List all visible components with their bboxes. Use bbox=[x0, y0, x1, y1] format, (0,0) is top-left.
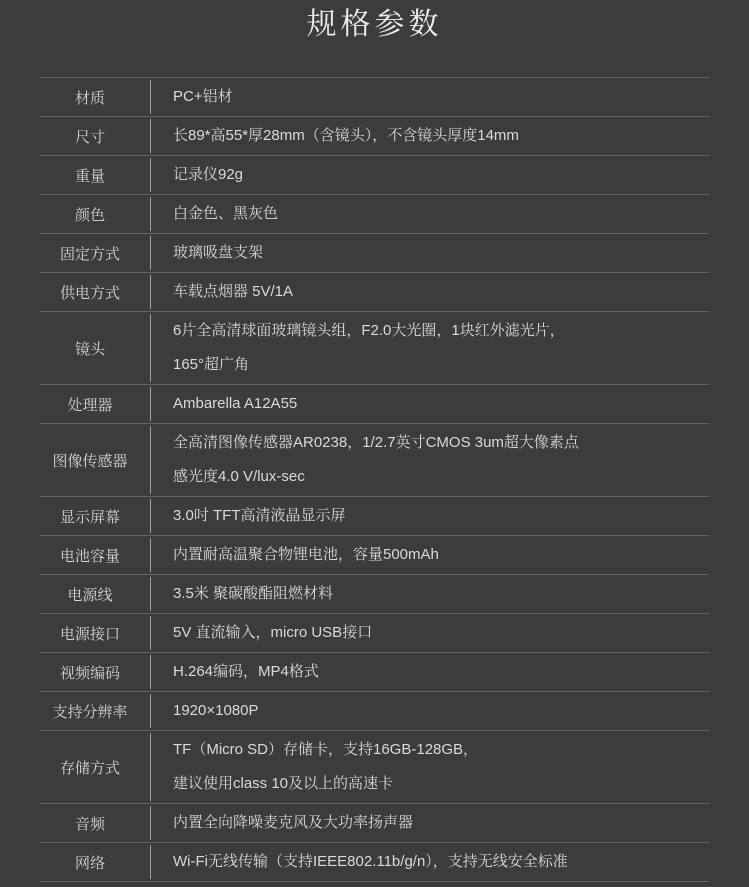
row-value: 5V 直流输入，micro USB接口 bbox=[150, 616, 709, 650]
value-line: 记录仪92g bbox=[173, 158, 699, 192]
row-label: 颜色 bbox=[40, 197, 150, 231]
row-label: 供电方式 bbox=[40, 275, 150, 309]
row-value: 全高清图像传感器AR0238，1/2.7英寸CMOS 3um超大像素点感光度4.… bbox=[150, 426, 709, 494]
value-line: TF（Micro SD）存储卡，支持16GB-128GB， bbox=[173, 733, 699, 767]
table-row: 颜色 白金色、黑灰色 bbox=[40, 194, 709, 233]
row-label: 网络 bbox=[40, 845, 150, 879]
row-value: TF（Micro SD）存储卡，支持16GB-128GB，建议使用class 1… bbox=[150, 733, 709, 801]
row-label: 镜头 bbox=[40, 314, 150, 382]
value-line: PC+铝材 bbox=[173, 80, 699, 114]
row-value: 车载点烟器 5V/1A bbox=[150, 275, 709, 309]
value-line: 1920×1080P bbox=[173, 694, 699, 728]
row-label: 重量 bbox=[40, 158, 150, 192]
row-value: 内置耐高温聚合物锂电池，容量500mAh bbox=[150, 538, 709, 572]
table-row: 图像传感器 全高清图像传感器AR0238，1/2.7英寸CMOS 3um超大像素… bbox=[40, 423, 709, 496]
table-row: 支持分辨率 1920×1080P bbox=[40, 691, 709, 730]
row-label: 电源接口 bbox=[40, 616, 150, 650]
value-line: 白金色、黑灰色 bbox=[173, 197, 699, 231]
row-value: 玻璃吸盘支架 bbox=[150, 236, 709, 270]
table-row: 电源线 3.5米 聚碳酸酯阻燃材料 bbox=[40, 574, 709, 613]
row-value: 3.5米 聚碳酸酯阻燃材料 bbox=[150, 577, 709, 611]
value-line: Wi-Fi无线传输（支持IEEE802.11b/g/n），支持无线安全标准 bbox=[173, 845, 699, 879]
value-line: 5V 直流输入，micro USB接口 bbox=[173, 616, 699, 650]
row-label: 尺寸 bbox=[40, 119, 150, 153]
value-line: 6片全高清球面玻璃镜头组，F2.0大光圈，1块红外滤光片， bbox=[173, 314, 699, 348]
table-row: 电源接口 5V 直流输入，micro USB接口 bbox=[40, 613, 709, 652]
value-line: 车载点烟器 5V/1A bbox=[173, 275, 699, 309]
row-value: 记录仪92g bbox=[150, 158, 709, 192]
value-line: 内置全向降噪麦克风及大功率扬声器 bbox=[173, 806, 699, 840]
value-line: 3.0吋 TFT高清液晶显示屏 bbox=[173, 499, 699, 533]
spec-table: 材质 PC+铝材 尺寸 长89*高55*厚28mm（含镜头），不含镜头厚度14m… bbox=[40, 77, 709, 882]
value-line: 内置耐高温聚合物锂电池，容量500mAh bbox=[173, 538, 699, 572]
table-row: 电池容量 内置耐高温聚合物锂电池，容量500mAh bbox=[40, 535, 709, 574]
value-line: 165°超广角 bbox=[173, 348, 699, 382]
value-line: 玻璃吸盘支架 bbox=[173, 236, 699, 270]
table-row: 视频编码 H.264编码，MP4格式 bbox=[40, 652, 709, 691]
value-line: 建议使用class 10及以上的高速卡 bbox=[173, 767, 699, 801]
row-value: PC+铝材 bbox=[150, 80, 709, 114]
row-label: 存储方式 bbox=[40, 733, 150, 801]
table-row: 音频 内置全向降噪麦克风及大功率扬声器 bbox=[40, 803, 709, 842]
row-label: 电池容量 bbox=[40, 538, 150, 572]
value-line: H.264编码，MP4格式 bbox=[173, 655, 699, 689]
value-line: 长89*高55*厚28mm（含镜头），不含镜头厚度14mm bbox=[173, 119, 699, 153]
table-row: 重量 记录仪92g bbox=[40, 155, 709, 194]
row-label: 电源线 bbox=[40, 577, 150, 611]
value-line: 感光度4.0 V/lux-sec bbox=[173, 460, 699, 494]
row-label: 图像传感器 bbox=[40, 426, 150, 494]
row-label: 处理器 bbox=[40, 387, 150, 421]
row-label: 显示屏幕 bbox=[40, 499, 150, 533]
row-value: Wi-Fi无线传输（支持IEEE802.11b/g/n），支持无线安全标准 bbox=[150, 845, 709, 879]
row-value: 白金色、黑灰色 bbox=[150, 197, 709, 231]
row-value: 长89*高55*厚28mm（含镜头），不含镜头厚度14mm bbox=[150, 119, 709, 153]
row-label: 固定方式 bbox=[40, 236, 150, 270]
row-label: 支持分辨率 bbox=[40, 694, 150, 728]
table-row: 网络 Wi-Fi无线传输（支持IEEE802.11b/g/n），支持无线安全标准 bbox=[40, 842, 709, 882]
page-title: 规格参数 bbox=[0, 0, 749, 50]
row-value: 内置全向降噪麦克风及大功率扬声器 bbox=[150, 806, 709, 840]
table-row: 尺寸 长89*高55*厚28mm（含镜头），不含镜头厚度14mm bbox=[40, 116, 709, 155]
table-row: 固定方式 玻璃吸盘支架 bbox=[40, 233, 709, 272]
row-value: 3.0吋 TFT高清液晶显示屏 bbox=[150, 499, 709, 533]
row-label: 视频编码 bbox=[40, 655, 150, 689]
table-row: 存储方式 TF（Micro SD）存储卡，支持16GB-128GB，建议使用cl… bbox=[40, 730, 709, 803]
value-line: 3.5米 聚碳酸酯阻燃材料 bbox=[173, 577, 699, 611]
table-row: 镜头 6片全高清球面玻璃镜头组，F2.0大光圈，1块红外滤光片，165°超广角 bbox=[40, 311, 709, 384]
value-line: 全高清图像传感器AR0238，1/2.7英寸CMOS 3um超大像素点 bbox=[173, 426, 699, 460]
row-value: 1920×1080P bbox=[150, 694, 709, 728]
row-value: H.264编码，MP4格式 bbox=[150, 655, 709, 689]
table-row: 处理器 Ambarella A12A55 bbox=[40, 384, 709, 423]
table-row: 供电方式 车载点烟器 5V/1A bbox=[40, 272, 709, 311]
table-row: 显示屏幕 3.0吋 TFT高清液晶显示屏 bbox=[40, 496, 709, 535]
row-value: 6片全高清球面玻璃镜头组，F2.0大光圈，1块红外滤光片，165°超广角 bbox=[150, 314, 709, 382]
value-line: Ambarella A12A55 bbox=[173, 387, 699, 421]
row-label: 材质 bbox=[40, 80, 150, 114]
table-row: 材质 PC+铝材 bbox=[40, 77, 709, 116]
row-value: Ambarella A12A55 bbox=[150, 387, 709, 421]
row-label: 音频 bbox=[40, 806, 150, 840]
